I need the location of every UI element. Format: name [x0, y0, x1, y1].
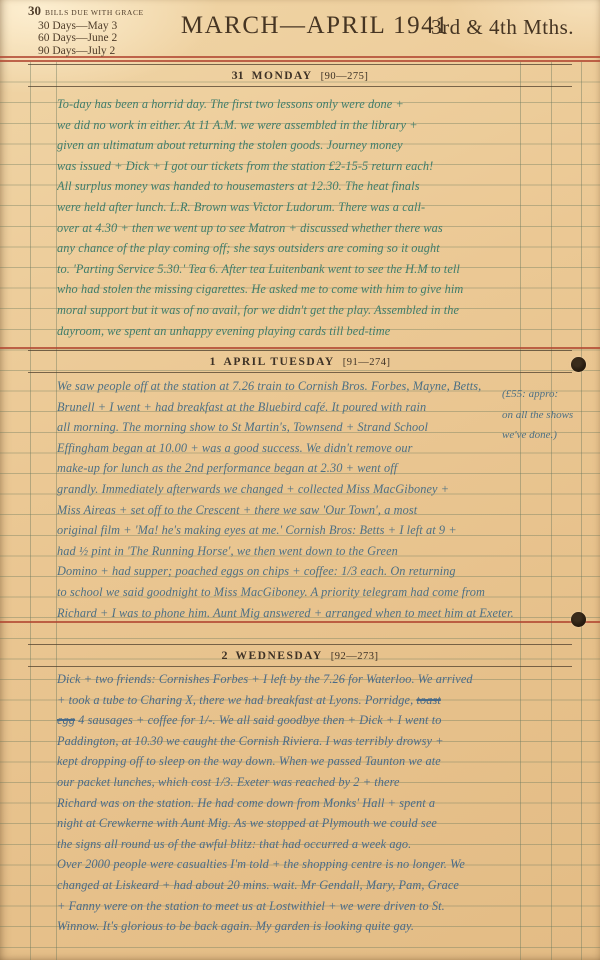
- handwritten-line: had ½ pint in 'The Running Horse', we th…: [57, 541, 519, 562]
- day-number: 31: [232, 68, 244, 82]
- handwritten-line: to. 'Parting Service 5.30.' Tea 6. After…: [57, 259, 519, 280]
- handwritten-line: All surplus money was handed to housemas…: [57, 176, 519, 197]
- margin-note-line: we've done.): [502, 425, 597, 446]
- day-number: 1: [210, 354, 216, 368]
- handwritten-line: night at Crewkerne with Aunt Mig. As we …: [57, 813, 519, 834]
- margin-note-line: (£55: appro:: [502, 384, 597, 405]
- day-range: [92—273]: [331, 651, 379, 662]
- handwritten-line: We saw people off at the station at 7.26…: [57, 376, 519, 397]
- handwritten-line: + Fanny were on the station to meet us a…: [57, 896, 519, 917]
- day-band-monday: 31MONDAY[90—275]: [28, 64, 572, 87]
- entry-lines: We saw people off at the station at 7.26…: [57, 376, 519, 623]
- handwritten-line: Winnow. It's glorious to be back again. …: [57, 916, 519, 937]
- handwritten-line: egg 4 sausages + coffee for 1/-. We all …: [57, 710, 519, 731]
- bills-due-block: 30BILLS DUE WITH GRACE 30 Days—May 3 60 …: [28, 5, 144, 57]
- handwritten-line: our packet lunches, which cost 1/3. Exet…: [57, 772, 519, 793]
- red-rule-top-2: [0, 60, 600, 62]
- bills-due-title: 30BILLS DUE WITH GRACE: [28, 5, 144, 20]
- margin-note: (£55: appro: on all the shows we've done…: [502, 384, 597, 446]
- vertical-rule-right-1: [520, 62, 521, 960]
- handwritten-line: given an ultimatum about returning the s…: [57, 135, 519, 156]
- handwritten-line: Dick + two friends: Cornishes Forbes + I…: [57, 669, 519, 690]
- bills-due-number: 30: [28, 3, 41, 18]
- handwritten-line: all morning. The morning show to St Mart…: [57, 417, 519, 438]
- hole-punch-top: [571, 357, 586, 372]
- bills-due-line-60: 60 Days—June 2: [28, 32, 144, 45]
- handwritten-line: moral support but it was of no avail, fo…: [57, 300, 519, 321]
- handwritten-line: was issued + Dick + I got our tickets fr…: [57, 156, 519, 177]
- entry-monday: To-day has been a horrid day. The first …: [57, 94, 519, 341]
- handwritten-line: Brunell + I went + had breakfast at the …: [57, 397, 519, 418]
- hole-punch-bottom: [571, 612, 586, 627]
- handwritten-line: Effingham began at 10.00 + was a good su…: [57, 438, 519, 459]
- months-label: 3rd & 4th Mths.: [431, 15, 574, 40]
- handwritten-line: To-day has been a horrid day. The first …: [57, 94, 519, 115]
- handwritten-line: the signs all round us of the awful blit…: [57, 834, 519, 855]
- handwritten-line: dayroom, we spent an unhappy evening pla…: [57, 321, 519, 342]
- bills-due-line-30: 30 Days—May 3: [28, 20, 144, 33]
- entry-lines: Dick + two friends: Cornishes Forbes + I…: [57, 669, 519, 937]
- handwritten-line: Domino + had supper; poached eggs on chi…: [57, 561, 519, 582]
- day-name: WEDNESDAY: [236, 650, 323, 662]
- day-band-tuesday: 1APRIL TUESDAY[91—274]: [28, 350, 572, 373]
- entry-lines: To-day has been a horrid day. The first …: [57, 94, 519, 341]
- day-name: APRIL TUESDAY: [224, 356, 335, 368]
- handwritten-line: grandly. Immediately afterwards we chang…: [57, 479, 519, 500]
- handwritten-line: Richard + I was to phone him. Aunt Mig a…: [57, 603, 519, 624]
- bills-due-line-90: 90 Days—July 2: [28, 45, 144, 58]
- day-number: 2: [222, 648, 228, 662]
- vertical-rule-left-outer: [30, 62, 31, 960]
- red-rule-monday-end: [0, 347, 600, 349]
- handwritten-line: Paddington, at 10.30 we caught the Corni…: [57, 731, 519, 752]
- handwritten-line: to school we said goodnight to Miss MacG…: [57, 582, 519, 603]
- handwritten-line: any chance of the play coming off; she s…: [57, 238, 519, 259]
- vertical-rule-right-2: [551, 62, 552, 960]
- day-range: [90—275]: [321, 71, 369, 82]
- handwritten-line: original film + 'Ma! he's making eyes at…: [57, 520, 519, 541]
- handwritten-line: + took a tube to Charing X, there we had…: [57, 690, 519, 711]
- diary-page: 30BILLS DUE WITH GRACE 30 Days—May 3 60 …: [0, 0, 600, 960]
- handwritten-line: Over 2000 people were casualties I'm tol…: [57, 854, 519, 875]
- entry-wednesday: Dick + two friends: Cornishes Forbes + I…: [57, 669, 519, 937]
- margin-note-line: on all the shows: [502, 405, 597, 426]
- handwritten-line: Miss Aireas + set off to the Crescent + …: [57, 500, 519, 521]
- handwritten-line: Richard was on the station. He had come …: [57, 793, 519, 814]
- entry-tuesday: We saw people off at the station at 7.26…: [57, 376, 519, 623]
- day-range: [91—274]: [343, 357, 391, 368]
- day-band-wednesday: 2WEDNESDAY[92—273]: [28, 644, 572, 667]
- handwritten-line: make-up for lunch as the 2nd performance…: [57, 458, 519, 479]
- handwritten-line: we did no work in either. At 11 A.M. we …: [57, 115, 519, 136]
- handwritten-line: changed at Liskeard + had about 20 mins.…: [57, 875, 519, 896]
- handwritten-line: over at 4.30 + then we went up to see Ma…: [57, 218, 519, 239]
- day-name: MONDAY: [252, 70, 313, 82]
- handwritten-line: kept dropping off to sleep on the way do…: [57, 751, 519, 772]
- handwritten-line: who had stolen the missing cigarettes. H…: [57, 279, 519, 300]
- handwritten-line: were held after lunch. L.R. Brown was Vi…: [57, 197, 519, 218]
- vertical-rule-right-3: [581, 62, 582, 960]
